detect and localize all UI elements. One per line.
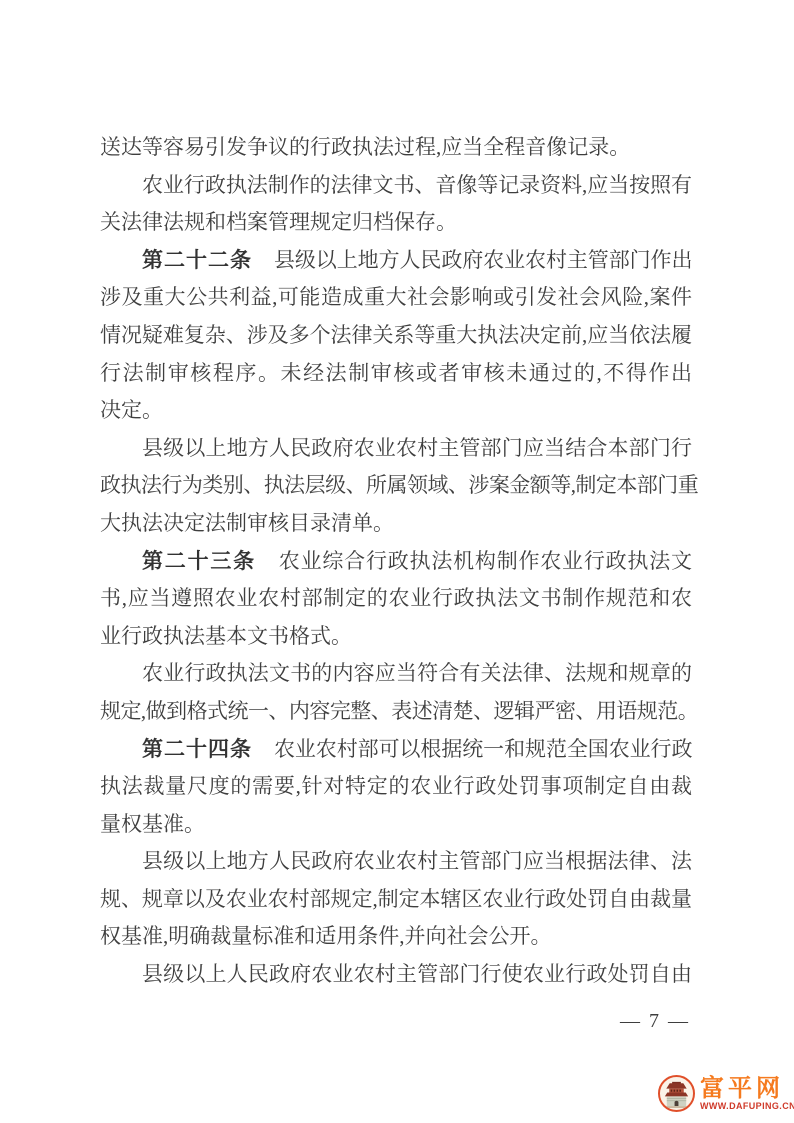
text-line: 大执法决定法制审核目录清单。 bbox=[100, 505, 692, 543]
line-text: 涉及重大公共利益,可能造成重大社会影响或引发社会风险,案件 bbox=[100, 285, 692, 309]
document-body: 送达等容易引发争议的行政执法过程,应当全程音像记录。 农业行政执法制作的法律文书… bbox=[100, 129, 692, 994]
line-text: 县级以上地方人民政府农业农村主管部门作出 bbox=[274, 248, 692, 272]
text-line: 关法律法规和档案管理规定归档保存。 bbox=[100, 204, 692, 242]
line-text: 农业行政执法制作的法律文书、音像等记录资料,应当按照有 bbox=[142, 173, 692, 197]
line-text: 农业行政执法文书的内容应当符合有关法律、法规和规章的 bbox=[142, 661, 692, 685]
text-line: 情况疑难复杂、涉及多个法律关系等重大执法决定前,应当依法履 bbox=[100, 317, 692, 355]
line-text: 农业综合行政执法机构制作农业行政执法文 bbox=[279, 549, 692, 573]
line-text: 业行政执法基本文书格式。 bbox=[100, 624, 352, 648]
line-text: 情况疑难复杂、涉及多个法律关系等重大执法决定前,应当依法履 bbox=[100, 323, 692, 347]
line-text: 县级以上地方人民政府农业农村主管部门应当结合本部门行 bbox=[142, 436, 692, 460]
text-line: 县级以上人民政府农业农村主管部门行使农业行政处罚自由 bbox=[100, 956, 692, 994]
text-line: 涉及重大公共利益,可能造成重大社会影响或引发社会风险,案件 bbox=[100, 279, 692, 317]
text-line: 规定,做到格式统一、内容完整、表述清楚、逻辑严密、用语规范。 bbox=[100, 693, 692, 731]
text-line: 第二十二条 县级以上地方人民政府农业农村主管部门作出 bbox=[100, 242, 692, 280]
article-number: 第二十二条 bbox=[142, 249, 252, 272]
watermark-logo: 富平网 WWW.DAFUPING.CN bbox=[658, 1075, 794, 1112]
text-line: 业行政执法基本文书格式。 bbox=[100, 618, 692, 656]
text-line: 农业行政执法制作的法律文书、音像等记录资料,应当按照有 bbox=[100, 167, 692, 205]
text-line: 书,应当遵照农业农村部制定的农业行政执法文书制作规范和农 bbox=[100, 580, 692, 618]
line-text: 政执法行为类别、执法层级、所属领域、涉案金额等,制定本部门重 bbox=[100, 473, 698, 497]
line-text: 大执法决定法制审核目录清单。 bbox=[100, 511, 394, 535]
article-number: 第二十四条 bbox=[142, 738, 252, 761]
text-line: 量权基准。 bbox=[100, 806, 692, 844]
line-text: 执法裁量尺度的需要,针对特定的农业行政处罚事项制定自由裁 bbox=[100, 774, 692, 798]
chinese-gate-tower-icon bbox=[658, 1075, 695, 1112]
text-line: 权基准,明确裁量标准和适用条件,并向社会公开。 bbox=[100, 918, 692, 956]
line-text: 规定,做到格式统一、内容完整、表述清楚、逻辑严密、用语规范。 bbox=[100, 699, 698, 723]
line-text: 行法制审核程序。未经法制审核或者审核未通过的,不得作出 bbox=[100, 361, 692, 385]
page-number: — 7 — bbox=[620, 1007, 690, 1035]
line-text: 量权基准。 bbox=[100, 812, 205, 836]
watermark-text: 富平网 WWW.DAFUPING.CN bbox=[700, 1076, 794, 1112]
line-text: 县级以上人民政府农业农村主管部门行使农业行政处罚自由 bbox=[142, 962, 692, 986]
text-line: 第二十四条 农业农村部可以根据统一和规范全国农业行政 bbox=[100, 731, 692, 769]
line-text: 规、规章以及农业农村部规定,制定本辖区农业行政处罚自由裁量 bbox=[100, 887, 692, 911]
text-line: 第二十三条 农业综合行政执法机构制作农业行政执法文 bbox=[100, 543, 692, 581]
text-line: 县级以上地方人民政府农业农村主管部门应当根据法律、法 bbox=[100, 843, 692, 881]
article-number: 第二十三条 bbox=[142, 550, 256, 573]
text-line: 农业行政执法文书的内容应当符合有关法律、法规和规章的 bbox=[100, 655, 692, 693]
watermark-site-name: 富平网 bbox=[700, 1076, 794, 1101]
line-text: 农业农村部可以根据统一和规范全国农业行政 bbox=[274, 737, 692, 761]
text-line: 送达等容易引发争议的行政执法过程,应当全程音像记录。 bbox=[100, 129, 692, 167]
text-line: 县级以上地方人民政府农业农村主管部门应当结合本部门行 bbox=[100, 430, 692, 468]
line-text: 关法律法规和档案管理规定归档保存。 bbox=[100, 210, 457, 234]
text-line: 规、规章以及农业农村部规定,制定本辖区农业行政处罚自由裁量 bbox=[100, 881, 692, 919]
watermark-site-url: WWW.DAFUPING.CN bbox=[700, 1101, 794, 1112]
line-text: 决定。 bbox=[100, 398, 163, 422]
line-text: 书,应当遵照农业农村部制定的农业行政执法文书制作规范和农 bbox=[100, 586, 692, 610]
document-page: 送达等容易引发争议的行政执法过程,应当全程音像记录。 农业行政执法制作的法律文书… bbox=[0, 0, 794, 1123]
line-text: 县级以上地方人民政府农业农村主管部门应当根据法律、法 bbox=[142, 849, 692, 873]
line-text: 送达等容易引发争议的行政执法过程,应当全程音像记录。 bbox=[100, 135, 630, 159]
line-text: 权基准,明确裁量标准和适用条件,并向社会公开。 bbox=[100, 924, 552, 948]
text-line: 行法制审核程序。未经法制审核或者审核未通过的,不得作出 bbox=[100, 355, 692, 393]
text-line: 执法裁量尺度的需要,针对特定的农业行政处罚事项制定自由裁 bbox=[100, 768, 692, 806]
text-line: 决定。 bbox=[100, 392, 692, 430]
text-line: 政执法行为类别、执法层级、所属领域、涉案金额等,制定本部门重 bbox=[100, 467, 692, 505]
